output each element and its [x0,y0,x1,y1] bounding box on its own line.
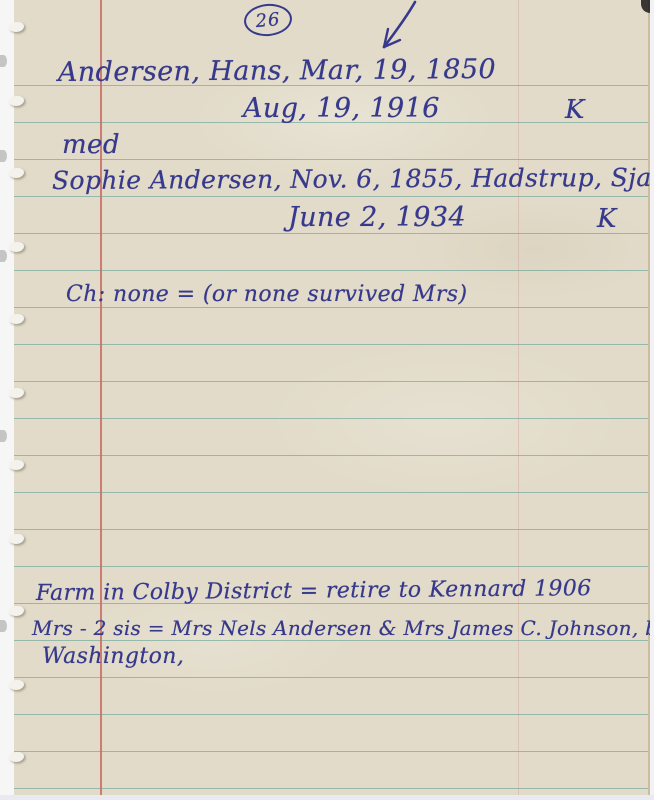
entry-sisters-note: Mrs - 2 sis = Mrs Nels Andersen & Mrs Ja… [32,616,654,640]
entry-death-date: Aug, 19, 1916 [243,93,440,124]
entry-children: Ch: none = (or none survived Mrs) [66,282,467,307]
entry-farm-note: Farm in Colby District = retire to Kenna… [36,576,592,606]
page-number: 26 [255,8,282,31]
left-margin-line [100,0,102,796]
entry-name-birth: Andersen, Hans, Mar, 19, 1850 [58,54,496,88]
scanned-notebook-page: 26 Andersen, Hans, Mar, 19, 1850 Aug, 19… [0,0,654,800]
binding-shadow [0,620,7,632]
entry-spouse: Sophie Andersen, Nov. 6, 1855, Hadstrup,… [52,163,654,195]
binding-shadow [0,250,7,262]
down-left-arrow-icon [368,0,422,56]
check-mark-k: K [565,95,585,125]
scanner-bottom-edge [0,795,654,800]
entry-spouse-death: June 2, 1934 [288,202,466,233]
vertical-crease [518,0,519,796]
entry-sisters-note-cont: Washington, [42,644,184,669]
binding-shadow [0,55,7,67]
binding-shadow [0,430,7,442]
married-label: med [62,130,120,160]
binding-shadow [0,150,7,162]
scanner-right-edge [650,0,654,800]
check-mark-k: K [597,204,617,234]
notebook-paper: 26 Andersen, Hans, Mar, 19, 1850 Aug, 19… [14,0,650,796]
